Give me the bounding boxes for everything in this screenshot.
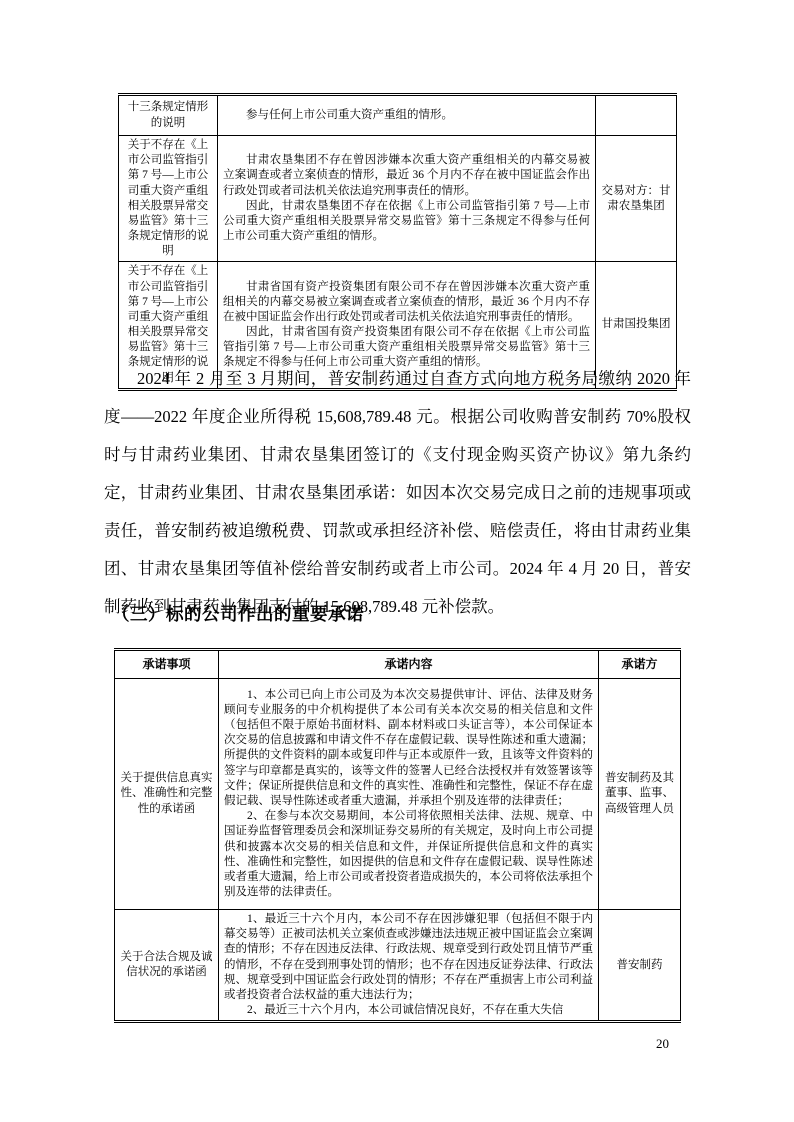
- commitment-content-cell: 1、最近三十六个月内，本公司不存在因涉嫌犯罪（包括但不限于内幕交易等）正被司法机…: [219, 910, 599, 1022]
- section-heading: （三）标的公司作出的重要承诺: [112, 601, 364, 626]
- commitment-item-cell: 关于提供信息真实性、准确性和完整性的承诺函: [115, 679, 219, 910]
- table-row: 关于不存在《上市公司监管指引第 7 号—上市公司重大资产重组相关股票异常交易监管…: [119, 136, 677, 262]
- commitment-party-cell: 交易对方：甘肃农垦集团: [596, 136, 677, 262]
- commitment-item-cell: 十三条规定情形的说明: [119, 95, 218, 136]
- body-paragraph: 2024 年 2 月至 3 月期间，普安制药通过自查方式向地方税务局缴纳 202…: [104, 360, 691, 626]
- table-row: 十三条规定情形的说明 参与任何上市公司重大资产重组的情形。: [119, 95, 677, 136]
- commitment-content-cell: 甘肃农垦集团不存在曾因涉嫌本次重大资产重组相关的内幕交易被立案调查或者立案侦查的…: [218, 136, 596, 262]
- table-row: 关于提供信息真实性、准确性和完整性的承诺函 1、本公司已向上市公司及为本次交易提…: [115, 679, 681, 910]
- table-header-row: 承诺事项 承诺内容 承诺方: [115, 650, 681, 679]
- content-paragraph: 2、最近三十六个月内，本公司诚信情况良好，不存在重大失信: [224, 1003, 593, 1018]
- commitment-item-cell: 关于合法合规及诚信状况的承诺函: [115, 910, 219, 1022]
- content-paragraph: 1、本公司已向上市公司及为本次交易提供审计、评估、法律及财务顾问专业服务的中介机…: [224, 688, 593, 809]
- target-company-commitments-table: 承诺事项 承诺内容 承诺方 关于提供信息真实性、准确性和完整性的承诺函 1、本公…: [114, 648, 681, 1023]
- content-paragraph: 因此，甘肃农垦集团不存在依据《上市公司监管指引第 7 号—上市公司重大资产重组相…: [223, 199, 590, 245]
- commitment-party-cell: [596, 95, 677, 136]
- commitment-item-cell: 关于不存在《上市公司监管指引第 7 号—上市公司重大资产重组相关股票异常交易监管…: [119, 136, 218, 262]
- content-paragraph: 2、在参与本次交易期间，本公司将依照相关法律、法规、规章、中国证券监督管理委员会…: [224, 809, 593, 900]
- page-number: 20: [656, 1036, 669, 1052]
- commitment-party-cell: 普安制药: [599, 910, 681, 1022]
- column-header-content: 承诺内容: [219, 650, 599, 679]
- column-header-item: 承诺事项: [115, 650, 219, 679]
- commitment-party-cell: 普安制药及其董事、监事、高级管理人员: [599, 679, 681, 910]
- commitment-content-cell: 参与任何上市公司重大资产重组的情形。: [218, 95, 596, 136]
- content-paragraph: 参与任何上市公司重大资产重组的情形。: [223, 108, 590, 123]
- column-header-party: 承诺方: [599, 650, 681, 679]
- content-paragraph: 甘肃农垦集团不存在曾因涉嫌本次重大资产重组相关的内幕交易被立案调查或者立案侦查的…: [223, 153, 590, 199]
- content-paragraph: 1、最近三十六个月内，本公司不存在因涉嫌犯罪（包括但不限于内幕交易等）正被司法机…: [224, 912, 593, 1003]
- continued-commitments-table: 十三条规定情形的说明 参与任何上市公司重大资产重组的情形。 关于不存在《上市公司…: [118, 93, 677, 391]
- commitment-content-cell: 1、本公司已向上市公司及为本次交易提供审计、评估、法律及财务顾问专业服务的中介机…: [219, 679, 599, 910]
- document-page: 十三条规定情形的说明 参与任何上市公司重大资产重组的情形。 关于不存在《上市公司…: [0, 0, 794, 1122]
- content-paragraph: 甘肃省国有资产投资集团有限公司不存在曾因涉嫌本次重大资产重组相关的内幕交易被立案…: [223, 280, 590, 326]
- table-row: 关于合法合规及诚信状况的承诺函 1、最近三十六个月内，本公司不存在因涉嫌犯罪（包…: [115, 910, 681, 1022]
